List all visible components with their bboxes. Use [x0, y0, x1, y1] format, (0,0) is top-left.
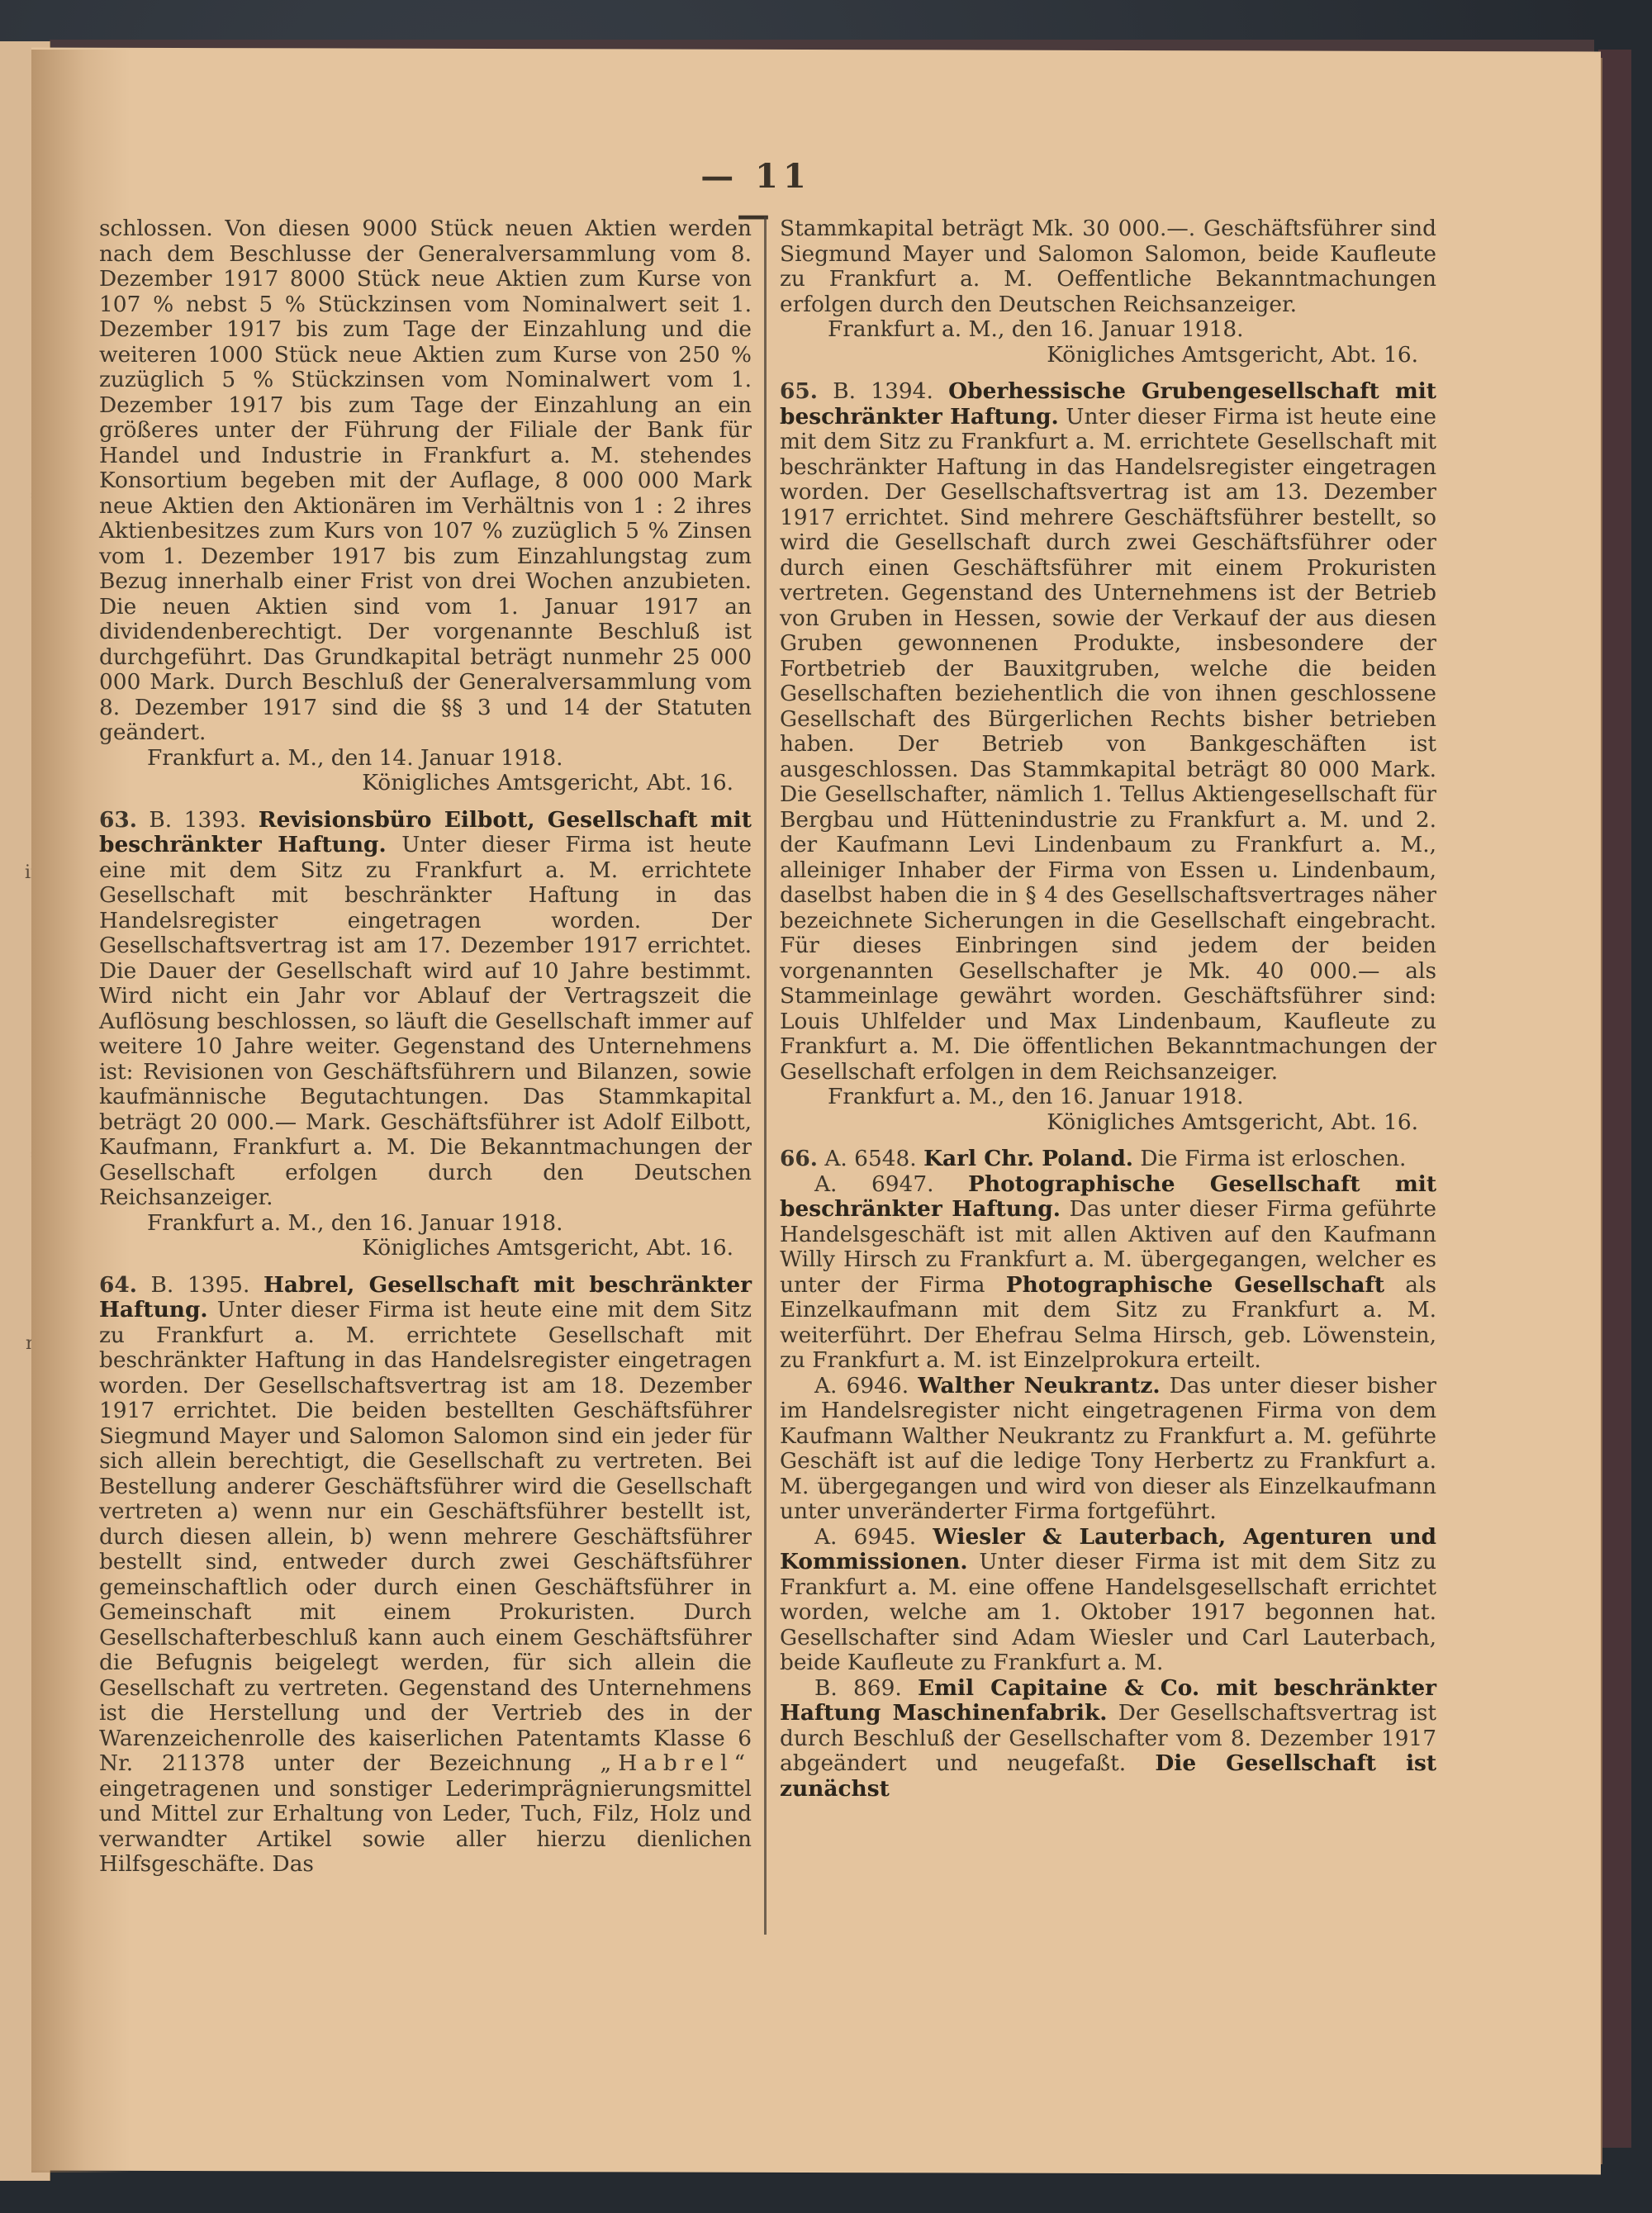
entry-number: 66. — [780, 1146, 818, 1171]
court-signature: Königliches Amtsgericht, Abt. 16. — [780, 343, 1436, 368]
entry-number: 63. — [99, 807, 137, 833]
left-column: schlossen. Von diesen 9000 Stück neuen A… — [99, 216, 752, 1878]
entry-text: Die Firma ist erloschen. — [1140, 1146, 1406, 1171]
entry-64: 64. B. 1395. Habrel, Gesellschaft mit be… — [99, 1273, 752, 1878]
entry-number: 65. — [780, 378, 818, 404]
column-divider — [764, 216, 767, 1935]
entry-a6947: A. 6947. Photographische Gesellschaft mi… — [780, 1172, 1436, 1374]
right-column: Stammkapital beträgt Mk. 30 000.—. Gesch… — [780, 216, 1436, 1802]
place-date: Frankfurt a. M., den 16. Januar 1918. — [780, 1085, 1436, 1110]
register-number: B. 1395. — [150, 1272, 249, 1298]
entry-66: 66. A. 6548. Karl Chr. Poland. Die Firma… — [780, 1147, 1436, 1172]
entry-text: schlossen. Von diesen 9000 Stück neuen A… — [99, 216, 752, 746]
register-number: B. 1393. — [149, 807, 246, 833]
entry-63: 63. B. 1393. Revisionsbüro Eilbott, Gese… — [99, 808, 752, 1261]
court-signature: Königliches Amtsgericht, Abt. 16. — [99, 1236, 752, 1261]
register-number: A. 6548. — [824, 1146, 916, 1171]
firm-name-repeat: Photographische Gesellschaft — [1006, 1272, 1384, 1298]
entry-text-continued: eingetragenen und sonstiger Lederimprägn… — [99, 1776, 752, 1878]
entry-continuation-right: Stammkapital beträgt Mk. 30 000.—. Gesch… — [780, 216, 1436, 368]
book-board-right-edge — [1598, 50, 1631, 2148]
entry-text: Unter dieser Firma ist heute eine mit de… — [99, 832, 752, 1210]
place-date: Frankfurt a. M., den 16. Januar 1918. — [99, 1211, 752, 1237]
firm-name: Walther Neukrantz. — [918, 1373, 1160, 1399]
register-number: B. 869. — [814, 1675, 902, 1701]
court-signature: Königliches Amtsgericht, Abt. 16. — [99, 771, 752, 796]
entry-text: Unter dieser Firma ist heute eine mit de… — [99, 1297, 752, 1776]
place-date: Frankfurt a. M., den 14. Januar 1918. — [99, 746, 752, 772]
court-signature: Königliches Amtsgericht, Abt. 16. — [780, 1110, 1436, 1136]
register-number: A. 6945. — [814, 1524, 916, 1550]
entry-text: Stammkapital beträgt Mk. 30 000.—. Gesch… — [780, 216, 1436, 317]
entry-text: Unter dieser Firma ist heute eine mit de… — [780, 404, 1436, 1085]
entry-b869: B. 869. Emil Capitaine & Co. mit beschrä… — [780, 1676, 1436, 1802]
register-number: A. 6946. — [814, 1373, 909, 1399]
entry-65: 65. B. 1394. Oberhessische Grubengesells… — [780, 379, 1436, 1135]
entry-number: 64. — [99, 1272, 137, 1298]
register-number: A. 6947. — [814, 1171, 934, 1197]
firm-name: Karl Chr. Poland. — [923, 1146, 1133, 1171]
place-date: Frankfurt a. M., den 16. Januar 1918. — [780, 317, 1436, 343]
entry-a6946: A. 6946. Walther Neukrantz. Das unter di… — [780, 1374, 1436, 1525]
entry-continuation-left: schlossen. Von diesen 9000 Stück neuen A… — [99, 216, 752, 796]
register-number: B. 1394. — [833, 378, 933, 404]
trademark-name: „Habrel“ — [601, 1750, 752, 1776]
entry-a6945: A. 6945. Wiesler & Lauterbach, Agenturen… — [780, 1525, 1436, 1676]
